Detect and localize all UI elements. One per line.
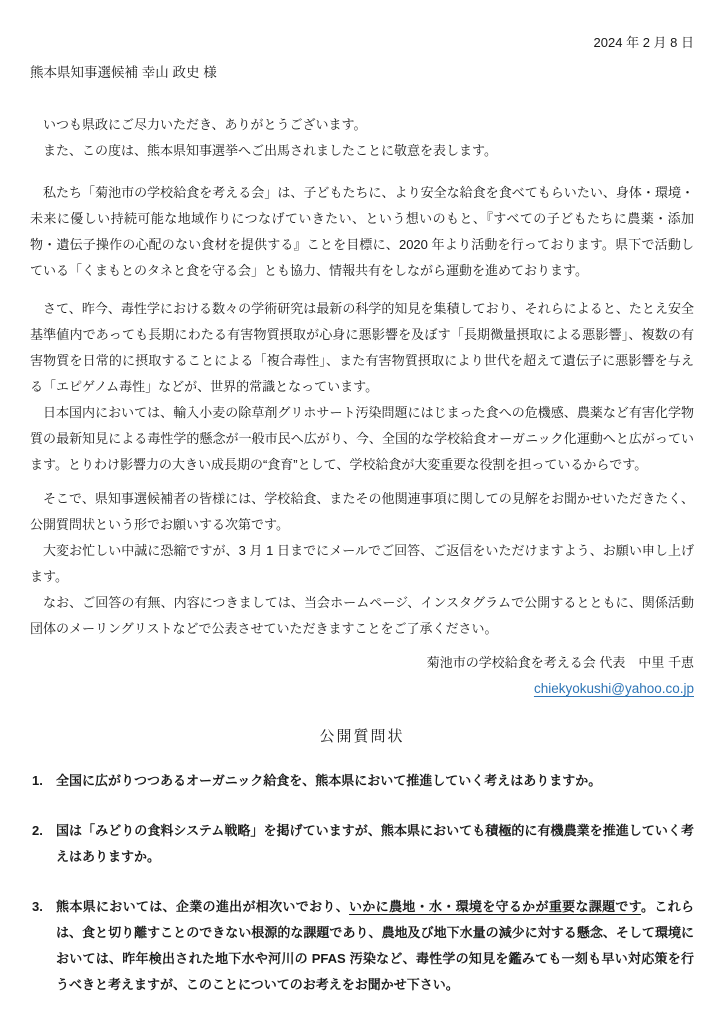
question-text-3: 熊本県においては、企業の進出が相次いでおり、いかに農地・水・環境を守るかが重要な… bbox=[56, 894, 694, 998]
question-item-2: 2. 国は「みどりの食料システム戦略」を掲げていますが、熊本県においても積極的に… bbox=[30, 818, 694, 870]
paragraph-domestic-movement: 日本国内においては、輸入小麦の除草剤グリホサート汚染問題にはじまった食への危機感… bbox=[30, 400, 694, 478]
question-item-3: 3. 熊本県においては、企業の進出が相次いでおり、いかに農地・水・環境を守るかが… bbox=[30, 894, 694, 998]
signature-line: 菊池市の学校給食を考える会 代表 中里 千恵 bbox=[30, 650, 694, 676]
question-list: 1. 全国に広がりつつあるオーガニック給食を、熊本県において推進していく考えはあ… bbox=[30, 768, 694, 998]
addressee-line: 熊本県知事選候補 幸山 政史 様 bbox=[30, 60, 694, 86]
greeting-block: いつも県政にご尽力いただき、ありがとうございます。 また、この度は、熊本県知事選… bbox=[30, 112, 694, 164]
question-number-1: 1. bbox=[30, 768, 56, 794]
paragraph-toxicology-research: さて、昨今、毒性学における数々の学術研究は最新の科学的知見を集積しており、それら… bbox=[30, 296, 694, 400]
email-row: chiekyokushi@yahoo.co.jp bbox=[30, 676, 694, 702]
question-number-2: 2. bbox=[30, 818, 56, 870]
question-item-1: 1. 全国に広がりつつあるオーガニック給食を、熊本県において推進していく考えはあ… bbox=[30, 768, 694, 794]
question-3-text-before: 熊本県においては、企業の進出が相次いでおり、 bbox=[56, 899, 349, 914]
paragraph-request-purpose: そこで、県知事選候補者の皆様には、学校給食、またその他関連事項に関しての見解をお… bbox=[30, 486, 694, 538]
question-text-1: 全国に広がりつつあるオーガニック給食を、熊本県において推進していく考えはあります… bbox=[56, 768, 694, 794]
greeting-line-2: また、この度は、熊本県知事選挙へご出馬されましたことに敬意を表します。 bbox=[30, 138, 694, 164]
underlined-phrase: いかに農地・水・環境を守るかが重要な課題です bbox=[349, 899, 641, 914]
question-number-3: 3. bbox=[30, 894, 56, 998]
question-text-2: 国は「みどりの食料システム戦略」を掲げていますが、熊本県においても積極的に有機農… bbox=[56, 818, 694, 870]
greeting-line-1: いつも県政にご尽力いただき、ありがとうございます。 bbox=[30, 112, 694, 138]
paragraph-publication-notice: なお、ご回答の有無、内容につきましては、当会ホームページ、インスタグラムで公開す… bbox=[30, 590, 694, 642]
email-link[interactable]: chiekyokushi@yahoo.co.jp bbox=[534, 681, 694, 696]
letter-date: 2024 年 2 月 8 日 bbox=[30, 30, 694, 56]
paragraph-group-introduction: 私たち「菊池市の学校給食を考える会」は、子どもたちに、より安全な給食を食べてもら… bbox=[30, 180, 694, 284]
letter-page: 2024 年 2 月 8 日 熊本県知事選候補 幸山 政史 様 いつも県政にご尽… bbox=[0, 0, 724, 1024]
document-heading: 公開質問状 bbox=[30, 724, 694, 750]
paragraph-reply-deadline: 大変お忙しい中誠に恐縮ですが、3 月 1 日までにメールでご回答、ご返信をいただ… bbox=[30, 538, 694, 590]
